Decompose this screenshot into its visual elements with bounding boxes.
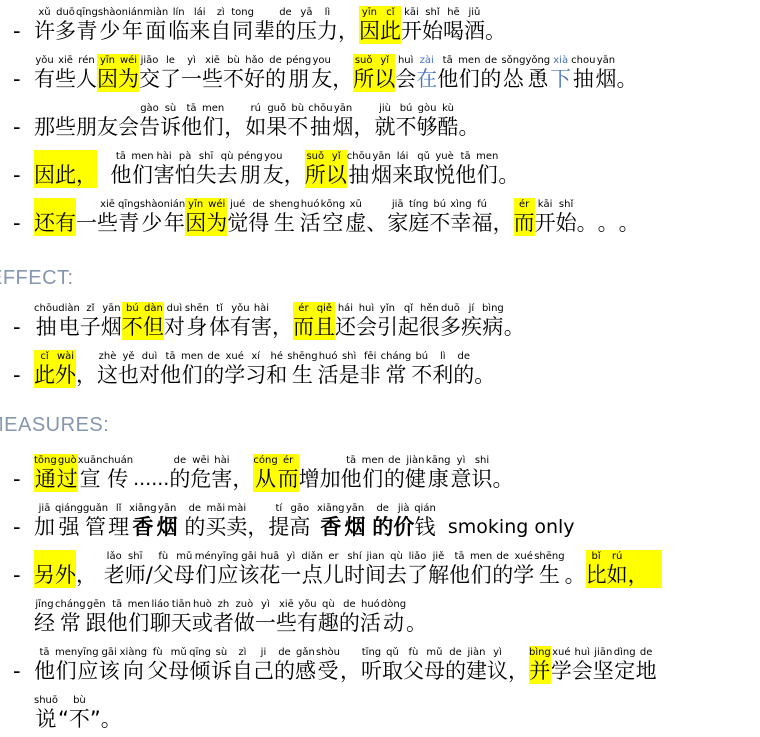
ruby-token: zh者 xyxy=(213,598,234,636)
ruby-token: jiā家 xyxy=(387,198,408,236)
pinyin-text: tā xyxy=(39,646,49,659)
hanzi-text: 他 xyxy=(107,611,128,636)
ruby-token: shuō说 xyxy=(34,694,58,732)
pinyin-text: mén xyxy=(195,550,217,563)
hanzi-text xyxy=(366,515,373,540)
ruby-token: duō多 xyxy=(55,6,76,44)
ruby-token: zuò做 xyxy=(234,598,255,636)
hanzi-text: 他 xyxy=(449,563,470,588)
ruby-token: tā他 xyxy=(449,550,470,588)
hanzi-text: 怂 xyxy=(503,67,524,92)
line-tokens: tōng通guò过xuān宣chuán传......de的wēi危hài害，có… xyxy=(34,454,514,492)
ruby-token: de的 xyxy=(492,550,513,588)
ruby-token: 。 xyxy=(459,102,480,140)
ruby-token: ， xyxy=(628,550,649,588)
pinyin-text: yǒu xyxy=(35,54,53,67)
hanzi-text: 告 xyxy=(139,115,160,140)
pinyin-text: xí xyxy=(251,350,260,363)
ruby-token: men们 xyxy=(181,350,203,388)
hanzi-text: 说 xyxy=(36,707,57,732)
ruby-token: jí疾 xyxy=(461,302,482,340)
pinyin-text: tā xyxy=(165,350,175,363)
pinyin-text: hái xyxy=(338,302,353,315)
hanzi-text: 外 xyxy=(55,363,76,388)
ruby-token: jiàn建 xyxy=(466,646,487,684)
hanzi-text: 些 xyxy=(55,67,76,92)
hanzi-text: 。 xyxy=(619,211,640,236)
ruby-token: you友 xyxy=(263,150,284,188)
line-tokens: cǐ此wài外，zhè这yě也duì对tā他men们de的xué学xí习hé和s… xyxy=(34,350,495,388)
pinyin-text: wéi xyxy=(208,198,225,211)
pinyin-text: huì xyxy=(398,54,413,67)
hanzi-text: 家 xyxy=(387,211,408,236)
ruby-token: shòu受 xyxy=(316,646,340,684)
hanzi-text: 有 xyxy=(297,611,318,636)
ruby-token: liáo聊 xyxy=(150,598,171,636)
pinyin-text: tiān xyxy=(172,598,191,611)
hanzi-text: 幸 xyxy=(450,211,471,236)
pinyin-text: yě xyxy=(122,350,134,363)
hanzi-text: 从 xyxy=(255,467,276,492)
ruby-token: liǎo了 xyxy=(407,550,428,588)
pinyin-text: men xyxy=(362,454,384,467)
hanzi-text: 朋 xyxy=(76,115,97,140)
ruby-token: cháng常 xyxy=(381,350,412,388)
pinyin-text: de xyxy=(640,646,653,659)
ruby-token: huó活 xyxy=(318,350,339,388)
hanzi-text: 的 xyxy=(339,611,360,636)
ruby-token: shǐ始 xyxy=(422,6,443,44)
ruby-token: tā他 xyxy=(110,150,131,188)
ruby-token: yǐ以 xyxy=(326,150,347,188)
ruby-token: bìng并 xyxy=(529,646,551,684)
ruby-token: 。 xyxy=(101,694,122,732)
pinyin-text: gāi xyxy=(241,550,256,563)
ruby-token: de的 xyxy=(184,502,205,540)
ruby-token: yě也 xyxy=(118,350,139,388)
ruby-token: jiāo交 xyxy=(139,54,160,92)
pinyin-text: tong xyxy=(231,6,254,19)
ruby-token: sǒng怂 xyxy=(501,54,525,92)
hanzi-text: 此 xyxy=(34,363,55,388)
pinyin-text: péng xyxy=(238,150,263,163)
ruby-token: lǎo老 xyxy=(104,550,125,588)
pinyin-text: de xyxy=(278,646,291,659)
ruby-token: bú不 xyxy=(396,102,417,140)
ruby-token: wài外 xyxy=(55,350,76,388)
pinyin-text: kāi xyxy=(538,198,553,211)
pinyin-text: mǎi xyxy=(206,502,225,515)
ruby-token: bú不 xyxy=(429,198,450,236)
pinyin-text: men xyxy=(128,598,150,611)
ruby-token: shào少 xyxy=(140,198,164,236)
pinyin-text: dìng xyxy=(614,646,636,659)
hanzi-text: 多 xyxy=(55,19,76,44)
bullet-dash: - xyxy=(13,163,34,188)
hanzi-text: 他 xyxy=(181,115,202,140)
ruby-token: tiān天 xyxy=(171,598,192,636)
bullet-line: -因此， tā他men们hài害pà怕shī失qù去péng朋you友，suǒ所… xyxy=(13,150,760,188)
hanzi-text: 的 xyxy=(184,515,205,540)
ruby-token: jiàn健 xyxy=(405,454,426,492)
continuation-line: jīng经cháng常gēn跟tā他men们liáo聊tiān天huò或zh者z… xyxy=(13,598,760,636)
pinyin-text: kōng xyxy=(321,198,346,211)
ruby-token: rú如 xyxy=(607,550,628,588)
pinyin-text: gòu xyxy=(418,102,437,115)
hanzi-text: 老 xyxy=(104,563,125,588)
hanzi-text: 害 xyxy=(251,315,272,340)
hanzi-text: 体 xyxy=(209,315,230,340)
pinyin-text: de xyxy=(343,598,356,611)
pinyin-text: hē xyxy=(447,6,460,19)
pinyin-text: chōu xyxy=(308,102,332,115)
ruby-token: chōu抽 xyxy=(347,150,371,188)
ruby-token: tā他 xyxy=(455,150,476,188)
ruby-token: 外 xyxy=(55,550,76,588)
pinyin-text: er xyxy=(328,550,338,563)
ruby-token: sheng生 xyxy=(269,198,299,236)
pinyin-text: cháng xyxy=(55,598,86,611)
pinyin-text: yǒng xyxy=(525,54,550,67)
pinyin-text: ér xyxy=(519,198,529,211)
pinyin-text: ji xyxy=(261,646,267,659)
pinyin-text: jiàn xyxy=(467,646,485,659)
hanzi-text xyxy=(649,563,662,588)
hanzi-text: 。 xyxy=(485,19,506,44)
ruby-token: de的 xyxy=(275,6,296,44)
hanzi-text: 活 xyxy=(360,611,381,636)
hanzi-text: 下 xyxy=(550,67,571,92)
hanzi-text: 母 xyxy=(174,563,195,588)
pinyin-text: bú xyxy=(415,350,428,363)
hanzi-text: 价 xyxy=(393,515,414,540)
bullet-line: -另外， lǎo老shī师/fù父mǔ母mén们yīng应gāi该huā花yì一… xyxy=(13,550,760,588)
hanzi-text: 的 xyxy=(453,363,474,388)
ruby-token: de得 xyxy=(248,198,269,236)
ruby-token: shí时 xyxy=(344,550,365,588)
ruby-token: qǔ取 xyxy=(413,150,434,188)
ruby-token: yān烟 xyxy=(101,302,122,340)
hanzi-text: 友 xyxy=(311,67,332,92)
ruby-token: 。 xyxy=(565,550,586,588)
ruby-token: xué学 xyxy=(513,550,534,588)
hanzi-text: ， xyxy=(338,19,359,44)
pinyin-text: wéi xyxy=(120,54,137,67)
hanzi-text: 此 xyxy=(55,163,76,188)
hanzi-text: 失 xyxy=(196,163,217,188)
hanzi-text: 他 xyxy=(437,67,458,92)
pinyin-text: xiē xyxy=(100,198,115,211)
hanzi-text: 抽 xyxy=(573,67,594,92)
ruby-token: 。 xyxy=(577,198,598,236)
hanzi-text: 。 xyxy=(616,67,637,92)
hanzi-text: 过 xyxy=(57,467,78,492)
ruby-token: nián年 xyxy=(122,6,144,44)
hanzi-text: 点 xyxy=(302,563,323,588)
hanzi-text: 活 xyxy=(300,211,321,236)
pinyin-text: kù xyxy=(442,102,454,115)
pinyin-text: qǔ xyxy=(386,646,399,659)
bullet-dash: - xyxy=(13,659,34,684)
pinyin-text: yān xyxy=(102,302,120,315)
ruby-token: qǐ起 xyxy=(398,302,419,340)
pinyin-text: huā xyxy=(260,550,279,563)
bullet-line: -tōng通guò过xuān宣chuán传......de的wēi危hài害，c… xyxy=(13,454,760,492)
hanzi-text: 们 xyxy=(471,563,492,588)
pinyin-text: sǒng xyxy=(501,54,525,67)
hanzi-text: 且 xyxy=(314,315,335,340)
pinyin-text: gēn xyxy=(87,598,106,611)
pinyin-text: de xyxy=(189,502,202,515)
hanzi-text: 不 xyxy=(223,67,244,92)
hanzi-text: 比 xyxy=(586,563,607,588)
ruby-token: lái来 xyxy=(189,6,210,44)
ruby-token: qīng青 xyxy=(118,198,140,236)
ruby-token: fú福 xyxy=(472,198,493,236)
ruby-token: xiāng香 xyxy=(129,502,157,540)
ruby-token: ， xyxy=(332,54,353,92)
hanzi-text: 们 xyxy=(56,659,77,684)
pinyin-text: zuò xyxy=(236,598,254,611)
pinyin-text: chuán xyxy=(102,454,133,467)
pinyin-text: tā xyxy=(454,550,464,563)
ruby-token: ji己 xyxy=(253,646,274,684)
hanzi-text: 害 xyxy=(211,467,232,492)
pinyin-text: shēn xyxy=(185,302,209,315)
hanzi-text: 。 xyxy=(598,211,619,236)
hanzi-text: 儿 xyxy=(323,563,344,588)
hanzi-text: 识 xyxy=(472,467,493,492)
ruby-token: chōu抽 xyxy=(34,302,58,340)
line-tokens: shuō说“bù不”。 xyxy=(34,694,122,732)
ruby-token: xuān宣 xyxy=(78,454,103,492)
pinyin-text: xué xyxy=(515,550,533,563)
hanzi-text: 和 xyxy=(266,363,287,388)
ruby-token: 一 xyxy=(76,198,97,236)
pinyin-text: men xyxy=(202,102,224,115)
ruby-token: tíng庭 xyxy=(408,198,429,236)
pinyin-text: de xyxy=(279,6,292,19)
hanzi-text: 不 xyxy=(287,115,308,140)
hanzi-text: 们 xyxy=(128,611,149,636)
pinyin-text: you xyxy=(264,150,282,163)
pinyin-text: men xyxy=(476,150,498,163)
pinyin-text: huó xyxy=(301,198,320,211)
pinyin-text: men xyxy=(55,646,77,659)
hanzi-text: 并 xyxy=(529,659,550,684)
pinyin-text: zì xyxy=(238,646,246,659)
ruby-token: 。 xyxy=(406,598,427,636)
hanzi-text: 友 xyxy=(263,163,284,188)
pinyin-text: jiān xyxy=(594,646,612,659)
pinyin-text: pà xyxy=(179,150,191,163)
pinyin-text: kāng xyxy=(426,454,451,467)
pinyin-text: sù xyxy=(216,646,228,659)
pinyin-text: yì xyxy=(457,454,466,467)
ruby-token: ér而 xyxy=(278,454,299,492)
ruby-token: hē喝 xyxy=(443,6,464,44)
hanzi-text: 母 xyxy=(168,659,189,684)
ruby-token: ， xyxy=(232,454,253,492)
ruby-token: xǔ许 xyxy=(34,6,55,44)
ruby-token xyxy=(649,550,662,588)
pinyin-text: lái xyxy=(194,6,206,19)
hanzi-text: 的 xyxy=(372,515,393,540)
hanzi-text: 了 xyxy=(407,563,428,588)
pinyin-text: jiāo xyxy=(141,54,159,67)
hanzi-text: 传 xyxy=(107,467,128,492)
hanzi-text: 年 xyxy=(122,19,143,44)
hanzi-text: 香 xyxy=(132,515,153,540)
pinyin-text: de xyxy=(252,198,265,211)
hanzi-text: 卖 xyxy=(226,515,247,540)
ruby-token: duō多 xyxy=(440,302,461,340)
hanzi-text: 去 xyxy=(217,163,238,188)
ruby-token: de的 xyxy=(384,454,405,492)
pinyin-text: jīng xyxy=(35,598,53,611)
pinyin-text: mǔ xyxy=(171,646,187,659)
hanzi-text: 的 xyxy=(203,363,224,388)
hanzi-text: 来 xyxy=(189,19,210,44)
pinyin-text: qù xyxy=(322,598,335,611)
pinyin-text: xiāng xyxy=(129,502,157,515)
ruby-token: huì会 xyxy=(356,302,377,340)
pinyin-text: hài xyxy=(214,454,229,467)
hanzi-text: 提 xyxy=(268,515,289,540)
pinyin-text: lǐ xyxy=(116,502,122,515)
hanzi-text: 此 xyxy=(380,19,401,44)
pinyin-text: xiē xyxy=(58,54,73,67)
pinyin-text: jià xyxy=(398,502,410,515)
ruby-token: men们 xyxy=(470,550,492,588)
pinyin-text: yǒu xyxy=(231,302,249,315)
hanzi-text: 少 xyxy=(141,211,162,236)
ruby-token: ér而 xyxy=(514,198,535,236)
ruby-token: yīng应 xyxy=(217,550,238,588)
ruby-token: “ xyxy=(58,694,69,732)
pinyin-text: bú xyxy=(433,198,446,211)
ruby-token: lín临 xyxy=(168,6,189,44)
hanzi-text: 的 xyxy=(274,659,295,684)
hanzi-text: 些 xyxy=(202,67,223,92)
pinyin-text: bìng xyxy=(529,646,551,659)
ruby-token: 。 xyxy=(598,198,619,236)
ruby-token: de的 xyxy=(274,646,295,684)
hanzi-text: 父 xyxy=(147,659,168,684)
hanzi-text: 们 xyxy=(182,363,203,388)
ruby-token: de的 xyxy=(339,598,360,636)
ruby-token: huì会 xyxy=(395,54,416,92)
pinyin-text: bú xyxy=(400,102,413,115)
pinyin-text: yīn xyxy=(362,6,377,19)
hanzi-text: 而 xyxy=(514,211,535,236)
ruby-token: tā他 xyxy=(181,102,202,140)
hanzi-text: 。 xyxy=(577,211,598,236)
ruby-token: ， xyxy=(224,102,245,140)
bullet-dash: - xyxy=(13,211,34,236)
bullet-dash: - xyxy=(13,467,34,492)
pinyin-text: tā xyxy=(346,454,356,467)
pinyin-text: bù xyxy=(291,102,304,115)
hanzi-text: 以 xyxy=(326,163,347,188)
hanzi-text: 还 xyxy=(335,315,356,340)
pinyin-text: tā xyxy=(186,102,196,115)
bullet-line: -那些朋友会gào告sù诉tā他men们，rú如guǒ果bù不chōu抽yān烟… xyxy=(13,102,760,140)
pinyin-text: yīn xyxy=(188,198,203,211)
ruby-token xyxy=(97,150,110,188)
pinyin-text: yān xyxy=(158,502,176,515)
pinyin-text: xū xyxy=(350,198,362,211)
ruby-token: shì是 xyxy=(339,350,360,388)
hanzi-text: ， xyxy=(272,315,293,340)
pinyin-text: hé xyxy=(270,350,283,363)
hanzi-text: 的 xyxy=(384,467,405,492)
pinyin-text: qīng xyxy=(189,646,211,659)
ruby-token: ， xyxy=(76,150,97,188)
ruby-token: yǒu有 xyxy=(297,598,318,636)
pinyin-text: zǐ xyxy=(86,302,94,315)
ruby-token: 。 xyxy=(474,350,495,388)
hanzi-text: 常 xyxy=(385,363,406,388)
hanzi-text: 少 xyxy=(99,19,120,44)
hanzi-text: 。 xyxy=(474,363,495,388)
hanzi-text: 受 xyxy=(317,659,338,684)
ruby-token: yān烟 xyxy=(595,54,616,92)
ruby-token: ér而 xyxy=(293,302,314,340)
bullet-dash: - xyxy=(13,19,34,44)
hanzi-text: 害 xyxy=(154,163,175,188)
ruby-token: hài害 xyxy=(251,302,272,340)
pinyin-text: de xyxy=(496,550,509,563)
pinyin-text: duō xyxy=(56,6,75,19)
ruby-token: tīng听 xyxy=(361,646,382,684)
hanzi-text: 不 xyxy=(411,363,432,388)
pinyin-text: zhè xyxy=(99,350,117,363)
pinyin-text: gǎn xyxy=(296,646,315,659)
ruby-token: hěn很 xyxy=(419,302,440,340)
ruby-token: mǔ母 xyxy=(168,646,189,684)
hanzi-text: 在 xyxy=(416,67,437,92)
ruby-token: 。 xyxy=(504,302,525,340)
ruby-token: gēn跟 xyxy=(86,598,107,636)
hanzi-text: 或 xyxy=(192,611,213,636)
ruby-token: yān烟 xyxy=(333,102,354,140)
ruby-token: jīng经 xyxy=(34,598,55,636)
pinyin-text: fù xyxy=(153,646,163,659)
pinyin-text: yǐ xyxy=(380,54,389,67)
ruby-token: xiē些 xyxy=(276,598,297,636)
pinyin-text: rú xyxy=(612,550,622,563)
hanzi-text: ， xyxy=(332,67,353,92)
ruby-token: jiā加 xyxy=(34,502,55,540)
ruby-token: ， xyxy=(76,350,97,388)
hanzi-text: ， xyxy=(354,115,375,140)
hanzi-text: 地 xyxy=(636,659,657,684)
hanzi-text: 动 xyxy=(383,611,404,636)
ruby-token: yā压 xyxy=(296,6,317,44)
hanzi-text: 年 xyxy=(164,211,185,236)
pinyin-text: péng xyxy=(286,54,311,67)
ruby-token: huā花 xyxy=(259,550,280,588)
pinyin-text: de xyxy=(388,454,401,467)
ruby-token xyxy=(97,550,104,588)
ruby-token: bù不 xyxy=(223,54,244,92)
pinyin-text: suǒ xyxy=(355,54,373,67)
ruby-token: qiáng强 xyxy=(55,502,83,540)
ruby-token: shēn身 xyxy=(185,302,209,340)
ruby-token: yì议 xyxy=(487,646,508,684)
hanzi-text xyxy=(97,563,104,588)
